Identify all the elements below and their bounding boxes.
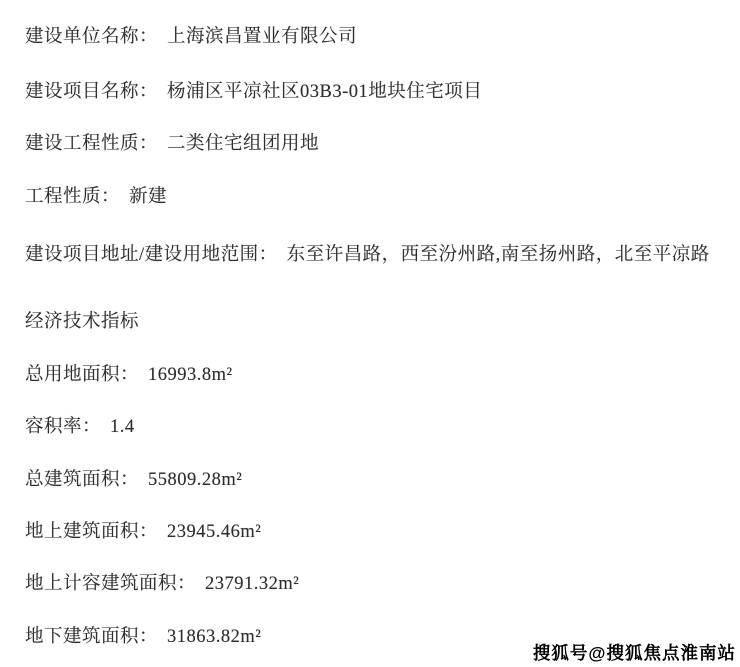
colon-separator: ： [120,365,139,385]
field-row-project-nature: 建设工程性质：二类住宅组团用地 [25,132,319,156]
field-label: 总建筑面积 [25,470,120,490]
field-row-engineering-nature: 工程性质：新建 [25,185,167,209]
section-heading-economic-indicators: 经济技术指标 [25,310,139,334]
field-label: 容积率 [25,417,82,437]
field-label: 总用地面积 [25,365,120,385]
colon-separator: ： [101,187,120,207]
field-row-underground-building-area: 地下建筑面积：31863.82m² [25,625,261,649]
field-value: 二类住宅组团用地 [167,134,319,154]
colon-separator: ： [82,417,101,437]
field-value: 31863.82m² [167,627,261,647]
field-label: 建设项目地址/建设用地范围 [25,245,259,265]
colon-separator: ： [139,522,158,542]
field-label: 建设工程性质 [25,134,139,154]
field-row-project-address: 建设项目地址/建设用地范围：东至许昌路，西至汾州路,南至扬州路，北至平凉路 [25,243,710,267]
colon-separator: ： [139,82,158,102]
colon-separator: ： [259,245,278,265]
field-label: 建设单位名称 [25,27,139,47]
field-row-total-building-area: 总建筑面积：55809.28m² [25,468,242,492]
field-value: 东至许昌路，西至汾州路,南至扬州路，北至平凉路 [287,245,710,265]
field-row-project-name: 建设项目名称：杨浦区平凉社区03B3-01地块住宅项目 [25,80,482,104]
sohu-watermark: 搜狐号@搜狐焦点淮南站 [533,641,736,665]
field-value: 55809.28m² [148,470,242,490]
field-label: 建设项目名称 [25,82,139,102]
field-value: 23945.46m² [167,522,261,542]
colon-separator: ： [139,134,158,154]
field-value: 新建 [129,187,167,207]
field-value: 23791.32m² [205,574,299,594]
field-value: 16993.8m² [148,365,233,385]
field-row-plot-ratio: 容积率：1.4 [25,415,135,439]
field-label: 地上计容建筑面积 [25,574,177,594]
colon-separator: ： [177,574,196,594]
colon-separator: ： [139,27,158,47]
field-value: 1.4 [110,417,135,437]
field-label: 工程性质 [25,187,101,207]
field-row-total-land-area: 总用地面积：16993.8m² [25,363,233,387]
field-value: 杨浦区平凉社区03B3-01地块住宅项目 [167,82,482,102]
field-label: 地下建筑面积 [25,627,139,647]
field-value: 上海滨昌置业有限公司 [167,27,357,47]
field-label: 地上建筑面积 [25,522,139,542]
field-row-above-ground-building-area: 地上建筑面积：23945.46m² [25,520,261,544]
colon-separator: ： [120,470,139,490]
field-row-construction-unit-name: 建设单位名称：上海滨昌置业有限公司 [25,25,357,49]
colon-separator: ： [139,627,158,647]
document-page: 建设单位名称：上海滨昌置业有限公司 建设项目名称：杨浦区平凉社区03B3-01地… [0,0,740,667]
field-row-above-ground-countable-building-area: 地上计容建筑面积：23791.32m² [25,572,299,596]
